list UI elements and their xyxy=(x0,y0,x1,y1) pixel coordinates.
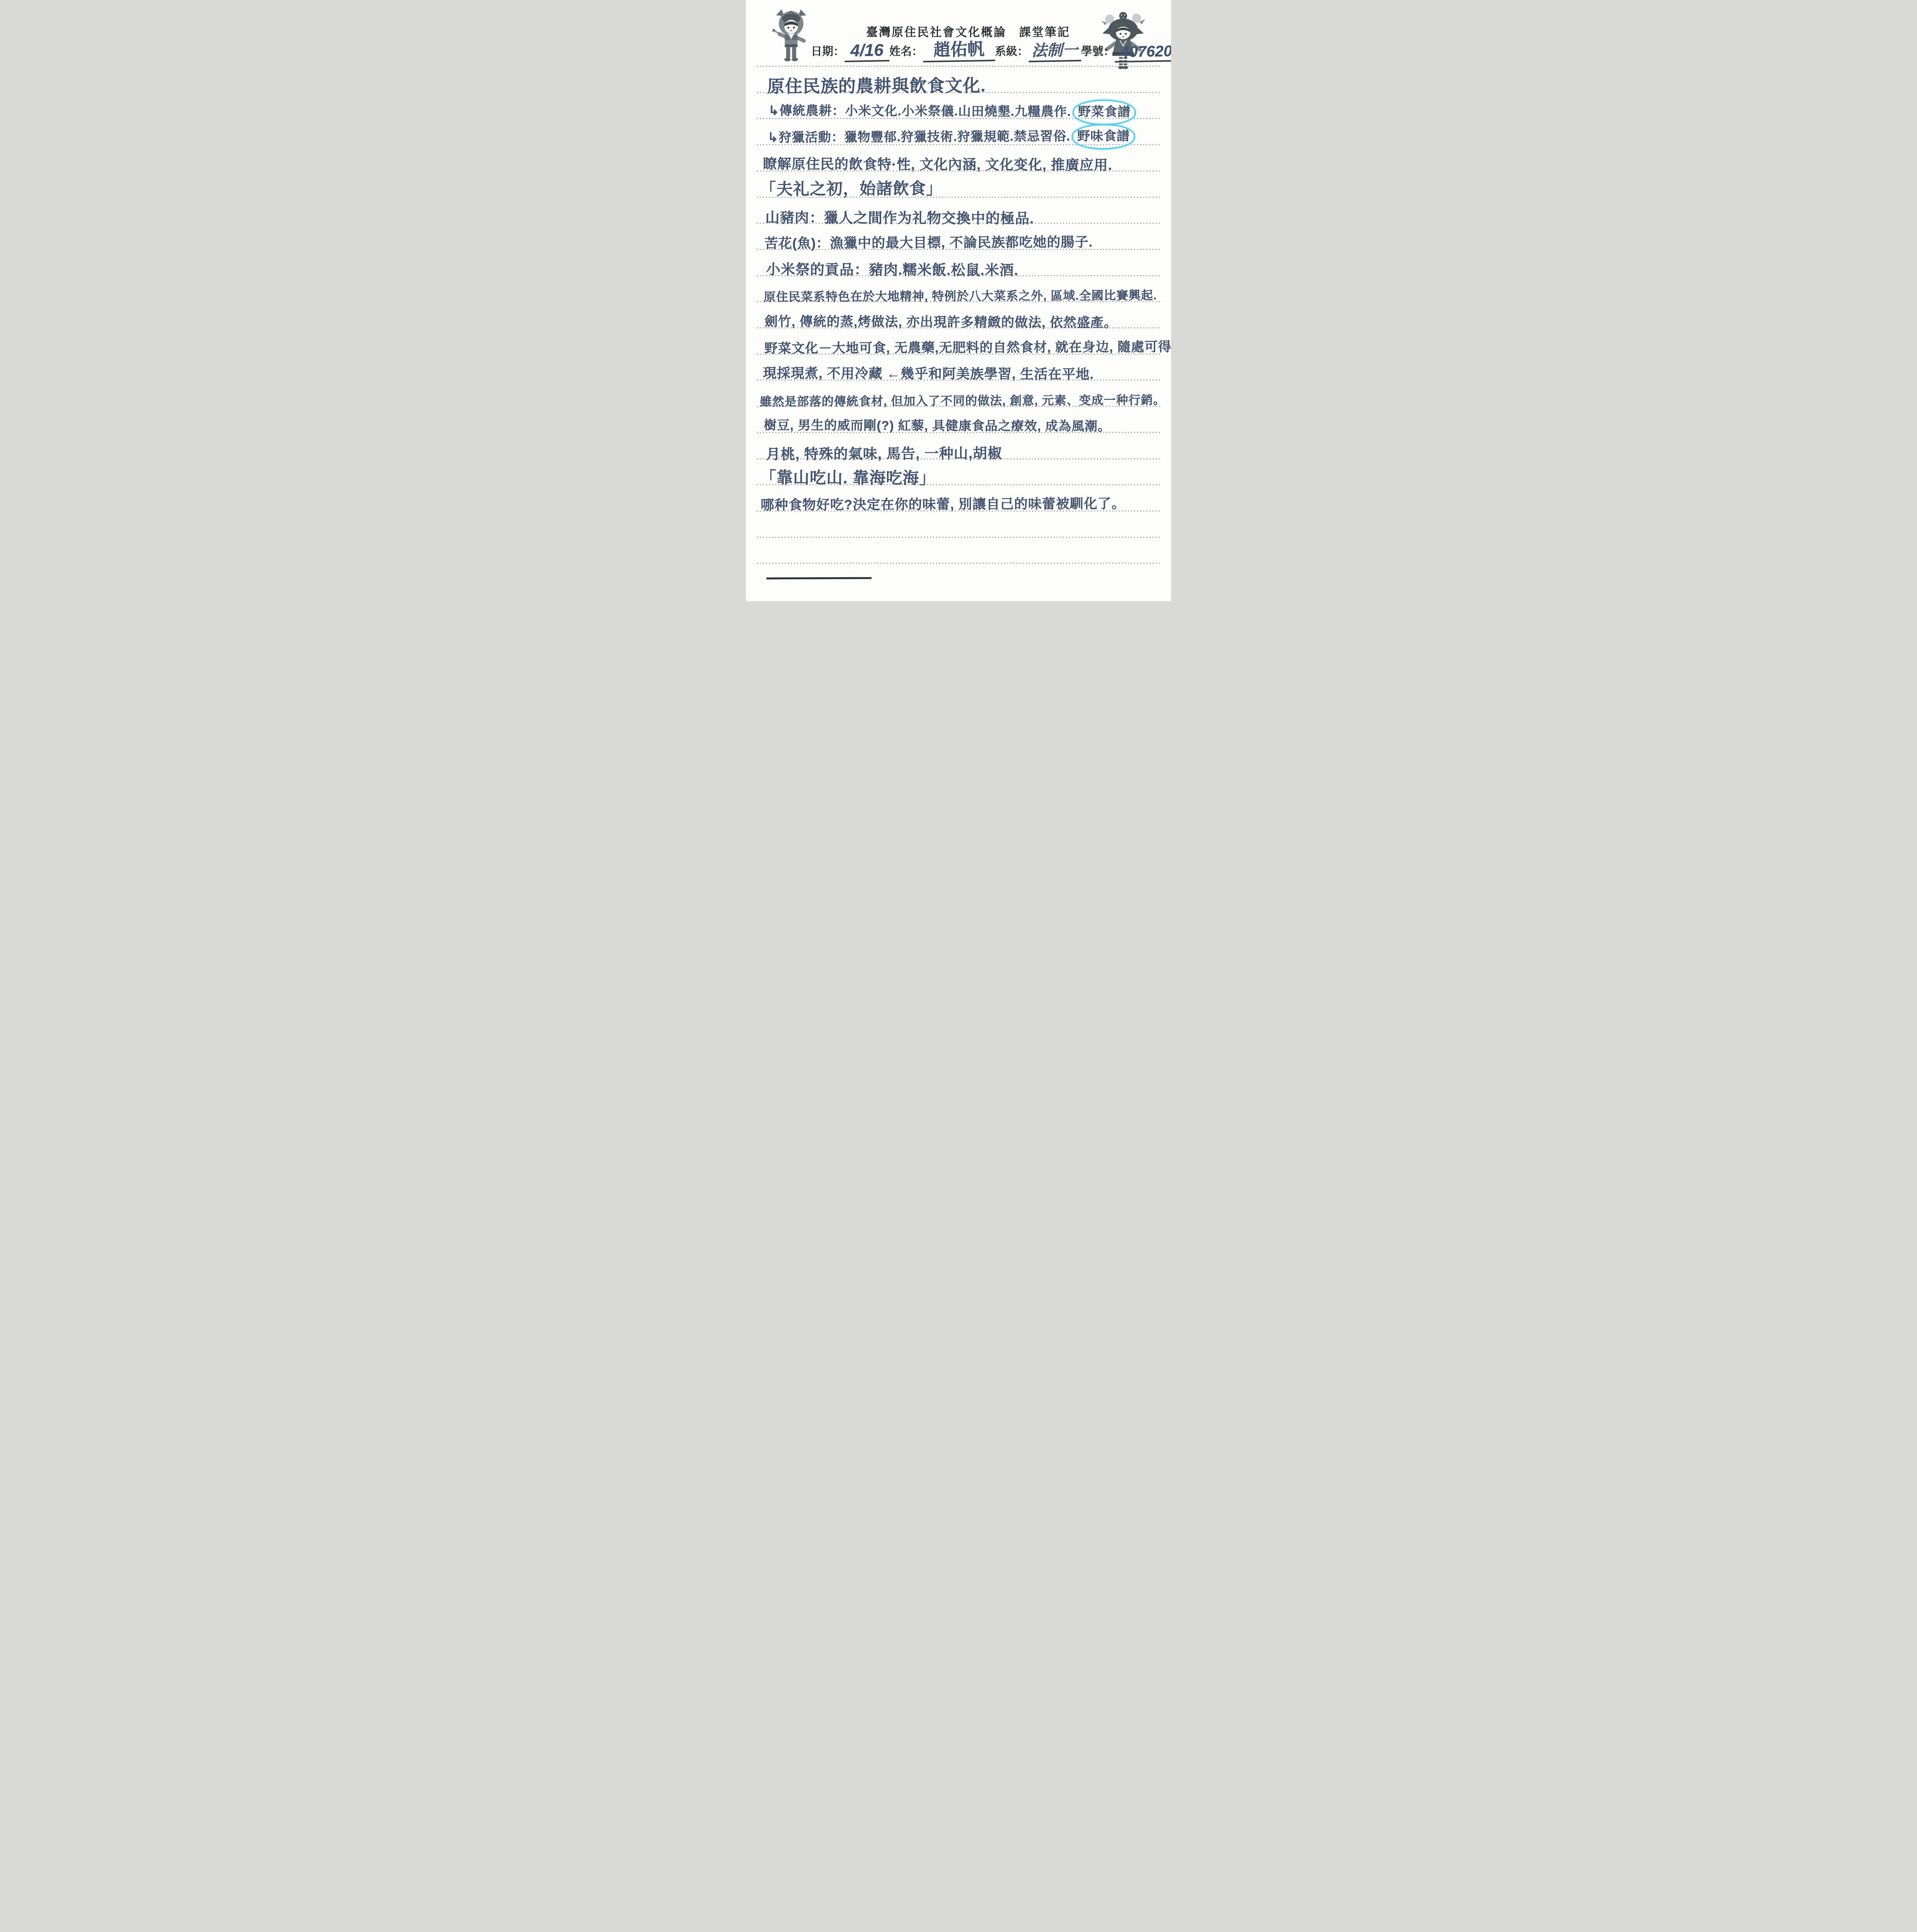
ruled-line xyxy=(757,537,1160,538)
note-line-text: 劍竹, 傳統的蒸,烤做法, 亦出現許多精緻的做法, 依然盛產。 xyxy=(764,314,1117,330)
class-field: 系級： 法制一 xyxy=(995,38,1081,62)
name-field: 姓名： 趙佑帆 xyxy=(889,36,995,62)
hand-drawn-rule xyxy=(766,577,872,580)
note-line-text: 「靠山吃山. 靠海吃海」 xyxy=(760,468,936,487)
date-label: 日期： xyxy=(811,43,844,62)
note-line-text: 現採現煮, 不用冷藏 ←幾乎和阿美族學習, 生活在平地. xyxy=(763,366,1094,382)
ruled-line xyxy=(757,66,1160,67)
note-line: 樹豆, 男生的威而剛(?) 紅藜, 具健康食品之療效, 成為風潮。 xyxy=(764,415,1111,434)
note-line: 劍竹, 傳統的蒸,烤做法, 亦出現許多精緻的做法, 依然盛產。 xyxy=(764,311,1117,331)
class-value: 法制一 xyxy=(1028,38,1081,62)
class-label: 系級： xyxy=(995,43,1028,62)
note-line-text: 月桃, 特殊的氣味, 馬告, 一种山,胡椒 xyxy=(766,446,1002,463)
note-line: 雖然是部落的傳統食材, 但加入了不同的做法, 創意, 元素、变成一种行銷。 xyxy=(760,390,1166,410)
note-line: 山豬肉：獵人之間作为礼物交換中的極品. xyxy=(765,206,1034,228)
note-line: 原住民菜系特色在於大地精神, 特例於八大菜系之外, 區域.全國比賽興起. xyxy=(764,286,1157,304)
student-id-value: 407620020 xyxy=(1115,42,1171,63)
name-label: 姓名： xyxy=(889,43,923,62)
note-line-text: 瞭解原住民的飲食特·性, 文化內涵, 文化变化, 推廣应用. xyxy=(763,156,1112,173)
highlight-circle: 野味食譜 xyxy=(1072,124,1135,150)
note-line: 哪种食物好吃?決定在你的味蕾, 別讓自己的味蕾被馴化了。 xyxy=(761,493,1125,514)
note-line-text: 原住民菜系特色在於大地精神, 特例於八大菜系之外, 區域.全國比賽興起. xyxy=(764,289,1157,304)
student-id-field: 學號： 407620020 xyxy=(1081,43,1171,62)
note-line-text: 山豬肉：獵人之間作为礼物交換中的極品. xyxy=(765,210,1034,226)
note-line-text: 樹豆, 男生的威而剛(?) 紅藜, 具健康食品之療效, 成為風潮。 xyxy=(764,418,1111,433)
note-line: 小米祭的貢品：豬肉.糯米飯.松鼠.米酒. xyxy=(766,258,1018,279)
note-line-text: ↳狩獵活動：獵物豐郁.狩獵技術.狩獵規範.禁忌習俗. xyxy=(768,129,1070,145)
note-line: ↳傳統農耕：小米文化.小米祭儀.山田燒墾.九糧農作.野菜食譜 xyxy=(768,98,1136,125)
note-line: 野菜文化－大地可食, 无農藥,无肥料的自然食材, 就在身边, 隨處可得, xyxy=(764,336,1171,357)
note-line: 原住民族的農耕與飲食文化. xyxy=(767,71,986,97)
note-line-text: 原住民族的農耕與飲食文化. xyxy=(767,76,986,96)
note-line: 「靠山吃山. 靠海吃海」 xyxy=(760,465,936,489)
date-field: 日期： 4/16 xyxy=(811,41,889,62)
date-value: 4/16 xyxy=(844,41,890,62)
note-line: 現採現煮, 不用冷藏 ←幾乎和阿美族學習, 生活在平地. xyxy=(763,363,1094,383)
note-line-text: 小米祭的貢品：豬肉.糯米飯.松鼠.米酒. xyxy=(766,262,1018,278)
note-line-text: 野菜文化－大地可食, 无農藥,无肥料的自然食材, 就在身边, 隨處可得, xyxy=(764,340,1171,356)
note-line: 苦花(魚)：漁獵中的最大目標, 不論民族都吃她的腸子. xyxy=(764,231,1093,252)
note-line: 瞭解原住民的飲食特·性, 文化內涵, 文化变化, 推廣应用. xyxy=(763,153,1112,174)
header-meta-row: 日期： 4/16 姓名： 趙佑帆 系級： 法制一 學號： 407620020 xyxy=(811,36,1171,62)
note-line-text: ↳傳統農耕：小米文化.小米祭儀.山田燒墾.九糧農作. xyxy=(768,103,1071,119)
note-line: 「夫礼之初，始諸飲食」 xyxy=(760,176,943,200)
note-line: ↳狩獵活動：獵物豐郁.狩獵技術.狩獵規範.禁忌習俗.野味食譜 xyxy=(768,124,1136,151)
notebook-page: 臺灣原住民社會文化概論 課堂筆記 日期： 4/16 姓名： 趙佑帆 系級： 法制… xyxy=(746,0,1171,601)
highlight-circle: 野菜食譜 xyxy=(1073,99,1136,126)
note-line-text: 雖然是部落的傳統食材, 但加入了不同的做法, 創意, 元素、变成一种行銷。 xyxy=(760,393,1166,409)
note-line: 月桃, 特殊的氣味, 馬告, 一种山,胡椒 xyxy=(766,442,1002,464)
note-line-text: 哪种食物好吃?決定在你的味蕾, 別讓自己的味蕾被馴化了。 xyxy=(761,496,1125,513)
name-value: 趙佑帆 xyxy=(923,35,995,62)
note-line-text: 苦花(魚)：漁獵中的最大目標, 不論民族都吃她的腸子. xyxy=(764,235,1093,251)
student-id-label: 學號： xyxy=(1081,43,1115,62)
ruled-line xyxy=(757,563,1160,564)
note-line-text: 「夫礼之初，始諸飲食」 xyxy=(760,179,943,198)
